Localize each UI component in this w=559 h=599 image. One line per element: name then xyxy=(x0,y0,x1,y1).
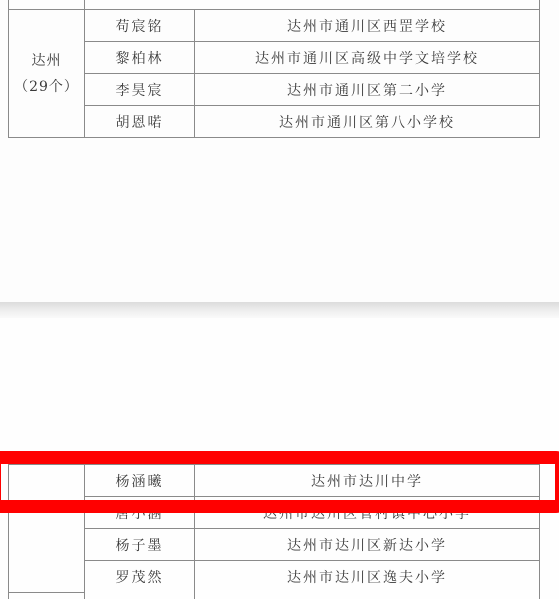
student-name: 罗茂然 xyxy=(85,561,195,593)
region-cell: 达州 （29个） xyxy=(9,10,85,138)
region-cell xyxy=(9,465,85,593)
school-name: 达州市达川区管村镇中心小学 xyxy=(195,497,540,529)
student-name: 黎柏林 xyxy=(85,42,195,74)
student-name: 李昊宸 xyxy=(85,74,195,106)
award-table-dazhou-dachuan: 杨涵曦 达州市达川中学 唐小涵 达州市达川区管村镇中心小学 杨子墨 达州市达川区… xyxy=(8,464,540,593)
table-continuation-top xyxy=(0,0,559,9)
school-name: 达州市通川区高级中学文培学校 xyxy=(195,42,540,74)
table-row: 黎柏林 达州市通川区高级中学文培学校 xyxy=(9,42,540,74)
table-row: 唐小涵 达州市达川区管村镇中心小学 xyxy=(9,497,540,529)
school-name: 达州市通川区西罡学校 xyxy=(195,10,540,42)
table-row: 罗茂然 达州市达川区逸夫小学 xyxy=(9,561,540,593)
page-break xyxy=(0,302,559,318)
table-row: 李昊宸 达州市通川区第二小学 xyxy=(9,74,540,106)
table-row-highlighted: 杨涵曦 达州市达川中学 xyxy=(9,465,540,497)
school-name: 达州市达川中学 xyxy=(195,465,540,497)
region-label: 达州 xyxy=(9,48,84,74)
table-row: 杨子墨 达州市达川区新达小学 xyxy=(9,529,540,561)
student-name: 唐小涵 xyxy=(85,497,195,529)
school-name: 达州市通川区第二小学 xyxy=(195,74,540,106)
table-continuation-bottom xyxy=(0,590,559,599)
school-name: 达州市通川区第八小学校 xyxy=(195,106,540,138)
school-name: 达州市达川区新达小学 xyxy=(195,529,540,561)
student-name: 杨子墨 xyxy=(85,529,195,561)
table-row: 胡恩喏 达州市通川区第八小学校 xyxy=(9,106,540,138)
award-table-dazhou-tongchuan: 达州 （29个） 苟宸铭 达州市通川区西罡学校 黎柏林 达州市通川区高级中学文培… xyxy=(8,9,540,138)
student-name: 苟宸铭 xyxy=(85,10,195,42)
school-name: 达州市达川区逸夫小学 xyxy=(195,561,540,593)
student-name: 胡恩喏 xyxy=(85,106,195,138)
student-name: 杨涵曦 xyxy=(85,465,195,497)
region-count: （29个） xyxy=(9,74,84,100)
table-row: 达州 （29个） 苟宸铭 达州市通川区西罡学校 xyxy=(9,10,540,42)
